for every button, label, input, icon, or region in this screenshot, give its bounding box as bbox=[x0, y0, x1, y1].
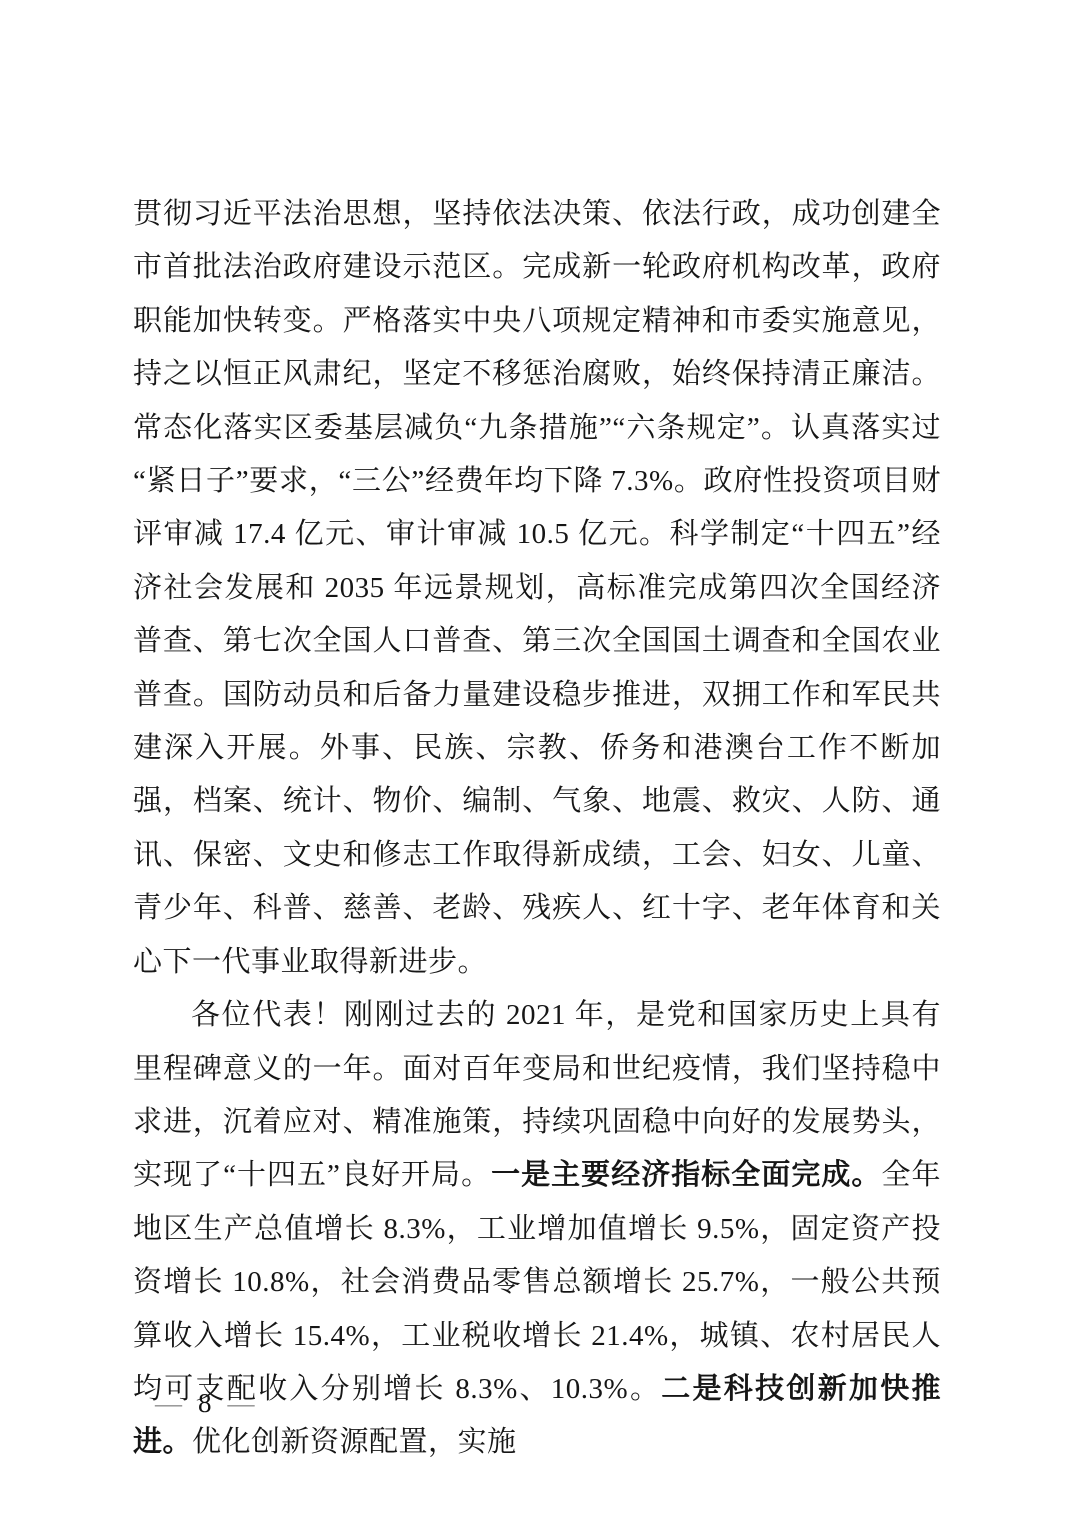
footer-dash-left: — bbox=[155, 1388, 182, 1418]
page-footer: —8— bbox=[155, 1388, 255, 1419]
bold-text-run: 一是主要经济指标全面完成。 bbox=[491, 1159, 881, 1191]
paragraph: 贯彻习近平法治思想，坚持依法决策、依法行政，成功创建全市首批法治政府建设示范区。… bbox=[133, 188, 941, 989]
text-run: 贯彻习近平法治思想，坚持依法决策、依法行政，成功创建全市首批法治政府建设示范区。… bbox=[133, 198, 941, 978]
document-body: 贯彻习近平法治思想，坚持依法决策、依法行政，成功创建全市首批法治政府建设示范区。… bbox=[133, 188, 941, 1470]
page-number: 8 bbox=[198, 1388, 212, 1418]
document-page: 贯彻习近平法治思想，坚持依法决策、依法行政，成功创建全市首批法治政府建设示范区。… bbox=[0, 0, 1074, 1520]
text-run: 全年地区生产总值增长 8.3%，工业增加值增长 9.5%，固定资产投资增长 10… bbox=[133, 1159, 941, 1405]
footer-dash-right: — bbox=[228, 1388, 255, 1418]
text-run: 优化创新资源配置，实施 bbox=[192, 1426, 517, 1458]
